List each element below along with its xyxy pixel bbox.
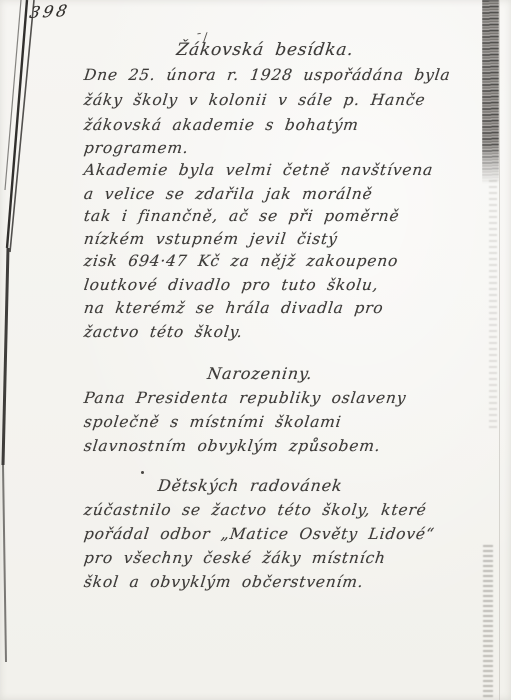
handwritten-line: loutkové divadlo pro tuto školu, (83, 276, 380, 294)
section-heading-narozeniny: Narozeniny. (159, 364, 361, 383)
scan-edge-artifact-middle (489, 180, 497, 430)
handwritten-line: tak i finančně, ač se při poměrně (83, 207, 401, 225)
handwritten-line: pro všechny české žáky místních (83, 549, 387, 567)
page-title: Žákovská besídka. (149, 40, 381, 60)
handwritten-line: žactvo této školy. (83, 323, 244, 341)
handwritten-line: žákovská akademie s bohatým (83, 116, 360, 134)
page-number: 398 (28, 1, 72, 22)
handwritten-line: programem. (83, 139, 190, 157)
handwritten-line: škol a obvyklým občerstvením. (83, 573, 365, 591)
handwritten-line: nízkém vstupném jevil čistý (83, 230, 339, 248)
handwritten-line: Akademie byla velmi četně navštívena (83, 161, 434, 179)
handwritten-line: Pana Presidenta republiky oslaveny (83, 389, 407, 407)
handwritten-line: pořádal odbor „Matice Osvěty Lidové“ (83, 525, 436, 543)
handwritten-line: Dne 25. února r. 1928 uspořádána byla (83, 66, 452, 84)
handwritten-line: zúčastnilo se žactvo této školy, které (83, 501, 428, 519)
handwritten-line: slavnostním obvyklým způsobem. (83, 437, 382, 455)
handwritten-line: zisk 694·47 Kč za nějž zakoupeno (83, 252, 399, 270)
ink-dot (141, 471, 144, 474)
scan-edge-artifact-top (482, 0, 499, 184)
section-heading-radovanky: Dětských radovánek (157, 476, 344, 495)
handwritten-line: a velice se zdařila jak morálně (83, 185, 374, 203)
scanned-page: 398 ˉ/ Žákovská besídka. Dne 25. února r… (0, 0, 511, 700)
handwritten-line: společně s místními školami (83, 413, 343, 431)
handwritten-line: žáky školy v kolonii v sále p. Hanče (83, 91, 427, 109)
scan-edge-artifact-bottom (483, 545, 493, 700)
handwritten-line: na kterémž se hrála divadla pro (83, 299, 385, 317)
binding-edge-lines (0, 0, 60, 700)
scan-edge-line (499, 0, 500, 700)
